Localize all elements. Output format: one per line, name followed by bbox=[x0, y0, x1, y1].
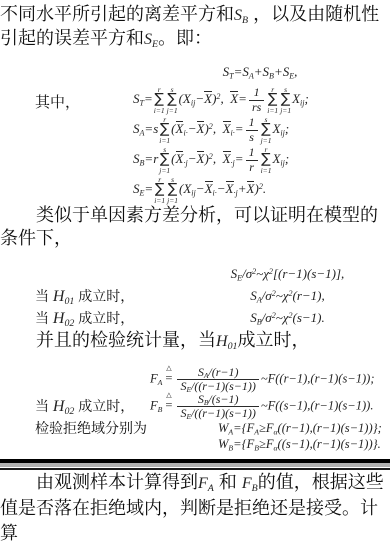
chi-row: 当 H01 成立时， SA/σ2~χ2(r−1), bbox=[0, 285, 390, 307]
formula-fa: FA△=SA/(r−1)SE/((r−1)(s−1))~F((r−1),(r−1… bbox=[150, 366, 390, 393]
chi-square-block: SE/σ2~χ2[(r−1)(s−1)], 当 H01 成立时， SA/σ2~χ… bbox=[0, 263, 390, 329]
chi-row-label-h02: 当 H02 成立时， bbox=[0, 307, 185, 330]
paragraph-conclusion: 由观测样本计算得到FA 和 FB的值，根据这些值是否落在拒绝域内，判断是拒绝还是… bbox=[0, 470, 390, 546]
f-row: 检验拒绝域分别为 WA={FA≥Fα((r−1),(r−1)(s−1))}; bbox=[0, 420, 390, 436]
f-row-label-h02: 当 H02 成立时， bbox=[0, 395, 150, 418]
chi-row-label-h01: 当 H01 成立时， bbox=[0, 285, 185, 308]
formula-st: ST=r∑i=1s∑j=1(Xij−X)2, X=1rsr∑i=1s∑j=1Xi… bbox=[133, 84, 390, 114]
chi-row: SE/σ2~χ2[(r−1)(s−1)], bbox=[0, 263, 390, 285]
formula-se-chi: SE/σ2~χ2[(r−1)(s−1)], bbox=[185, 266, 390, 282]
textbook-page: 不同水平所引起的离差平方和SB ，以及由随机性引起的误差平方和SE。即： ST=… bbox=[0, 0, 390, 546]
equation-column: ST=r∑i=1s∑j=1(Xij−X)2, X=1rsr∑i=1s∑j=1Xi… bbox=[133, 84, 390, 204]
f-row-label-rejection: 检验拒绝域分别为 bbox=[0, 417, 150, 440]
section-divider bbox=[0, 459, 390, 470]
f-row: FA△=SA/(r−1)SE/((r−1)(s−1))~F((r−1),(r−1… bbox=[0, 366, 390, 393]
formula-sb: SB=rs∑j=1(X·j−X)2, X·j=1rr∑i=1Xij; bbox=[133, 144, 390, 174]
formula-wa: WA={FA≥Fα((r−1),(r−1)(s−1))}; bbox=[150, 421, 390, 436]
sum-of-squares-body: 其中， ST=r∑i=1s∑j=1(Xij−X)2, X=1rsr∑i=1s∑j… bbox=[0, 84, 390, 204]
formula-sa: SA=sr∑i=1(Xi·−X)2, Xi·=1ss∑j=1Xij; bbox=[133, 114, 390, 144]
formula-sb-chi: SB/σ2~χ2(s−1). bbox=[185, 310, 390, 326]
formula-decomposition: ST=SA+SB+SE, bbox=[135, 63, 385, 81]
chi-row: 当 H02 成立时， SB/σ2~χ2(s−1). bbox=[0, 307, 390, 329]
formula-sa-chi: SA/σ2~χ2(r−1), bbox=[185, 288, 390, 304]
formula-wb: WB={FB≥Fα((s−1),(r−1)(s−1))}. bbox=[150, 437, 390, 452]
f-statistic-block: FA△=SA/(r−1)SE/((r−1)(s−1))~F((r−1),(r−1… bbox=[0, 366, 390, 452]
paragraph-chi-intro: 类似于单因素方差分析，可以证明在模型的条件下， bbox=[0, 204, 390, 250]
formula-se: SE=r∑i=1s∑j=1(Xij−Xi·−X·j+X)2. bbox=[133, 174, 390, 204]
label-qizhong: 其中， bbox=[35, 91, 80, 114]
paragraph-f-intro: 并且的检验统计量，当H01成立时， bbox=[0, 329, 390, 353]
sum-of-squares-block: ST=SA+SB+SE, 其中， ST=r∑i=1s∑j=1(Xij−X)2, … bbox=[0, 63, 390, 204]
formula-fb: FB△=SB/(s−1)SE/((r−1)(s−1))~F((s−1),(r−1… bbox=[150, 393, 390, 420]
paragraph-intro: 不同水平所引起的离差平方和SB ，以及由随机性引起的误差平方和SE。即： bbox=[0, 0, 390, 51]
